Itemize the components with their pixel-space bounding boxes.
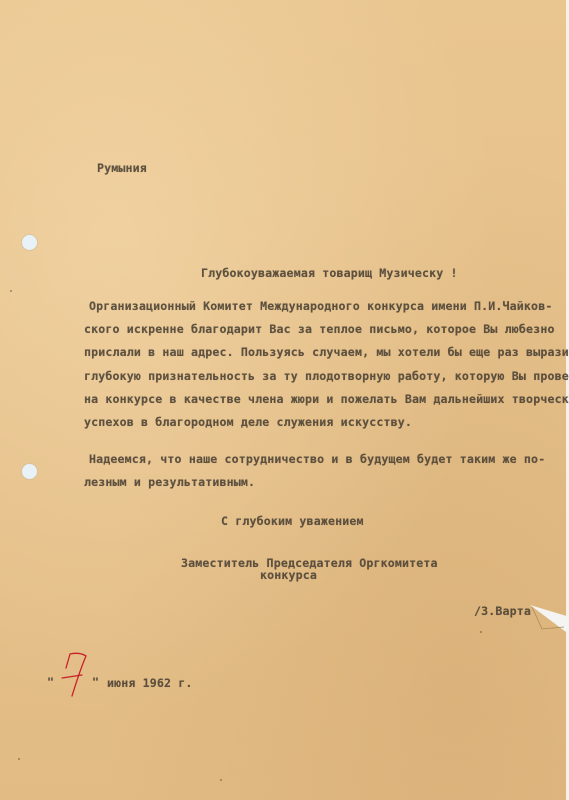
punch-hole-top <box>22 235 37 250</box>
body-line: Надеемся, что наше сотрудничество и в бу… <box>89 452 545 466</box>
body-line: глубокую признательность за ту плодотвор… <box>84 369 569 383</box>
folded-corner <box>530 605 569 635</box>
handwritten-day-seven <box>56 648 92 698</box>
letter-page: Румыния Глубокоуважаемая товарищ Музичес… <box>0 0 569 800</box>
recipient-country: Румыния <box>97 161 147 175</box>
body-line: прислали в наш адрес. Пользуясь случаем,… <box>84 345 569 359</box>
paper-speck <box>10 290 12 292</box>
paper-speck <box>18 758 20 760</box>
closing: С глубоким уважением <box>221 514 364 528</box>
paper-speck <box>480 631 482 633</box>
body-line: лезным и результативным. <box>84 475 255 489</box>
paper-speck <box>220 779 222 781</box>
body-line: ского искренне благодарит Вас за теплое … <box>84 322 555 336</box>
date-close-quote: " <box>92 675 99 689</box>
punch-hole-bottom <box>22 464 37 479</box>
signatory-name: /З.Варта <box>474 604 531 618</box>
date-open-quote: " <box>47 675 54 689</box>
signatory-title-2: конкурса <box>260 568 317 582</box>
body-line: Организационный Комитет Международного к… <box>89 299 552 313</box>
body-line: успехов в благородном деле служения иску… <box>84 415 412 429</box>
salutation: Глубокоуважаемая товарищ Музическу ! <box>201 266 458 280</box>
body-line: на конкурсе в качестве члена жюри и поже… <box>84 392 569 406</box>
date-month-year: июня 1962 г. <box>107 676 193 690</box>
